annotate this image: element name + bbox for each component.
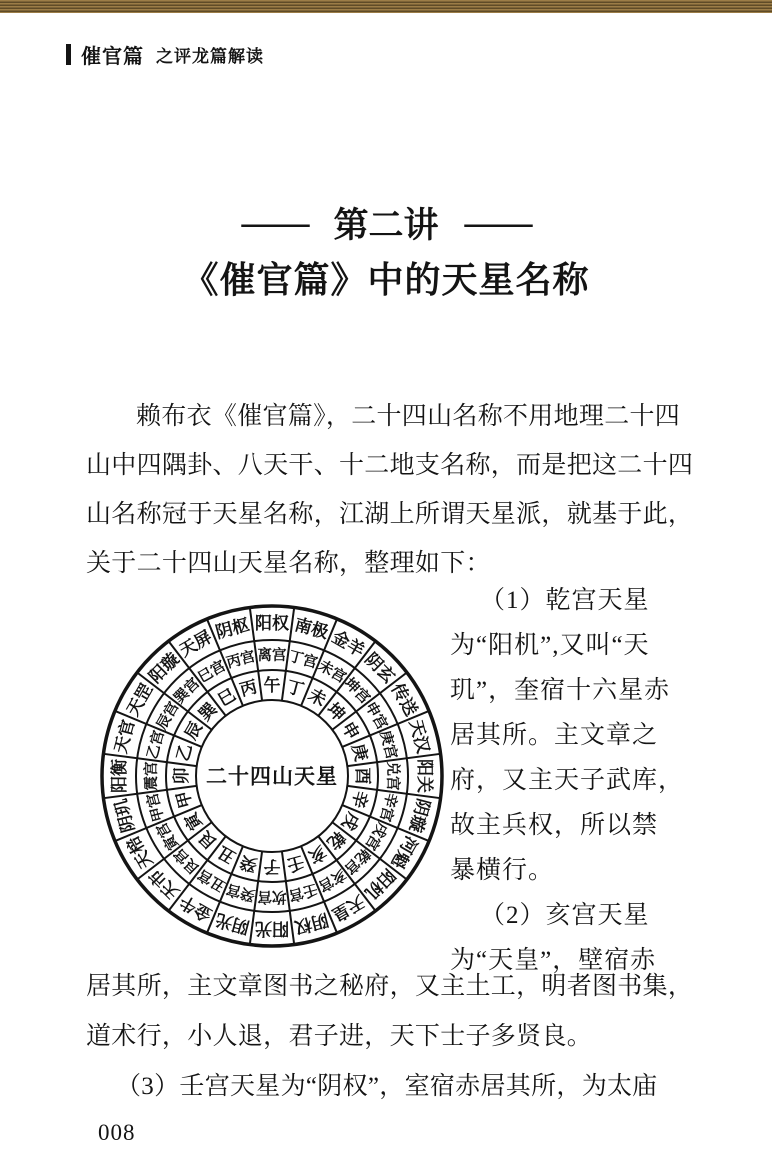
- svg-text:阳璇: 阳璇: [145, 649, 183, 687]
- body-line: （1）乾宫天星: [450, 578, 740, 623]
- intro-line: 山名称冠于天星名称，江湖上所谓天星派，就基于此，: [86, 490, 706, 539]
- intro-line: 赖布衣《催官篇》，二十四山名称不用地理二十四: [86, 392, 706, 441]
- book-top-edge-band: [0, 0, 772, 13]
- svg-text:子: 子: [264, 857, 281, 876]
- svg-text:甲: 甲: [173, 789, 196, 810]
- chapter-heading: —— 第二讲 ——: [0, 198, 772, 248]
- book-title: 催官篇: [81, 40, 144, 69]
- svg-text:天市: 天市: [145, 865, 183, 903]
- svg-text:阳机: 阳机: [361, 865, 399, 903]
- svg-text:阴璇: 阴璇: [406, 797, 434, 835]
- svg-text:卯: 卯: [171, 768, 191, 785]
- svg-text:午: 午: [264, 675, 281, 695]
- svg-text:阳衡: 阳衡: [109, 759, 129, 793]
- svg-text:壬宫: 壬宫: [286, 880, 319, 905]
- body-line: （3）壬宫天星为“阴权”，室宿赤居其所，为太庙: [86, 1062, 736, 1112]
- body-line: 府，又主天子武库，: [450, 758, 740, 803]
- svg-text:南极: 南极: [293, 614, 331, 642]
- body-line: 道术行，小人退，君子进，天下士子多贤良。: [86, 1012, 736, 1062]
- svg-text:壬: 壬: [285, 852, 306, 875]
- heading-dash-left: ——: [241, 203, 307, 243]
- body-line: 为“阳机”,又叫“天: [450, 623, 740, 668]
- intro-line: 山中四隅卦、八天干、十二地支名称，而是把这二十四: [86, 441, 706, 490]
- body-line: 故主兵权，所以禁: [450, 803, 740, 848]
- body-line: 暴横行。: [450, 848, 740, 893]
- chapter-subtitle: 《催官篇》中的天星名称: [0, 252, 772, 303]
- svg-text:乙宫: 乙宫: [143, 728, 168, 761]
- svg-text:辛: 辛: [348, 789, 372, 811]
- chapter-number-title: 第二讲: [333, 198, 438, 248]
- svg-text:庚: 庚: [348, 742, 372, 764]
- svg-text:阴枢: 阴枢: [213, 614, 251, 642]
- svg-text:兑宫: 兑宫: [384, 762, 402, 791]
- svg-text:天官: 天官: [110, 717, 138, 755]
- header-bar-mark: [66, 44, 71, 65]
- svg-text:癸: 癸: [238, 852, 260, 876]
- svg-text:震宫: 震宫: [142, 761, 160, 790]
- body-line: 居其所。主文章之: [450, 713, 740, 758]
- svg-text:阳光: 阳光: [255, 919, 289, 939]
- svg-text:天汉: 天汉: [406, 718, 433, 757]
- book-subtitle: 之评龙篇解读: [156, 42, 264, 67]
- item-2-3-paragraph: 居其所，主文章图书之秘府，又主土工，明者图书集， 道术行，小人退，君子进，天下士…: [86, 962, 736, 1112]
- svg-text:阴光: 阴光: [213, 910, 251, 938]
- svg-text:癸宫: 癸宫: [224, 880, 257, 905]
- running-header: 催官篇 之评龙篇解读: [66, 40, 264, 69]
- compass-svg: 阳权离宫午南极丁宫丁金羊未宫未阴玄坤宫坤传送申宫申天汉庚宫庚阳关兑宫酉阴璇辛宫辛…: [96, 598, 448, 954]
- svg-text:阴权: 阴权: [292, 910, 331, 938]
- svg-text:丁: 丁: [285, 677, 306, 700]
- svg-text:坎宫: 坎宫: [257, 888, 286, 906]
- svg-text:辛宫: 辛宫: [376, 791, 401, 824]
- svg-text:乙: 乙: [173, 742, 196, 763]
- page-number: 008: [98, 1120, 136, 1146]
- svg-text:离宫: 离宫: [258, 646, 287, 664]
- svg-text:酉: 酉: [353, 768, 373, 785]
- svg-text:丙: 丙: [238, 677, 259, 700]
- svg-text:二十四山天星: 二十四山天星: [206, 764, 338, 788]
- svg-text:甲宫: 甲宫: [143, 790, 168, 823]
- svg-text:阳权: 阳权: [255, 613, 290, 633]
- body-line: （2）亥宫天星: [450, 893, 740, 938]
- body-line: 玑”，奎宿十六星赤: [450, 668, 740, 713]
- svg-text:庚宫: 庚宫: [376, 728, 401, 761]
- svg-text:丁宫: 丁宫: [287, 647, 320, 672]
- svg-text:阴玑: 阴玑: [111, 797, 138, 835]
- compass-diagram: 阳权离宫午南极丁宫丁金羊未宫未阴玄坤宫坤传送申宫申天汉庚宫庚阳关兑宫酉阴璇辛宫辛…: [96, 598, 448, 954]
- intro-paragraph: 赖布衣《催官篇》，二十四山名称不用地理二十四 山中四隅卦、八天干、十二地支名称，…: [86, 392, 706, 588]
- svg-text:阳关: 阳关: [415, 759, 435, 793]
- body-line: 居其所，主文章图书之秘府，又主土工，明者图书集，: [86, 962, 736, 1012]
- item-1-2-paragraph: （1）乾宫天星 为“阳机”,又叫“天 玑”，奎宿十六星赤 居其所。主文章之 府，…: [450, 578, 740, 983]
- svg-text:丙宫: 丙宫: [224, 647, 257, 672]
- svg-text:阴玄: 阴玄: [361, 649, 399, 687]
- heading-dash-right: ——: [465, 203, 531, 243]
